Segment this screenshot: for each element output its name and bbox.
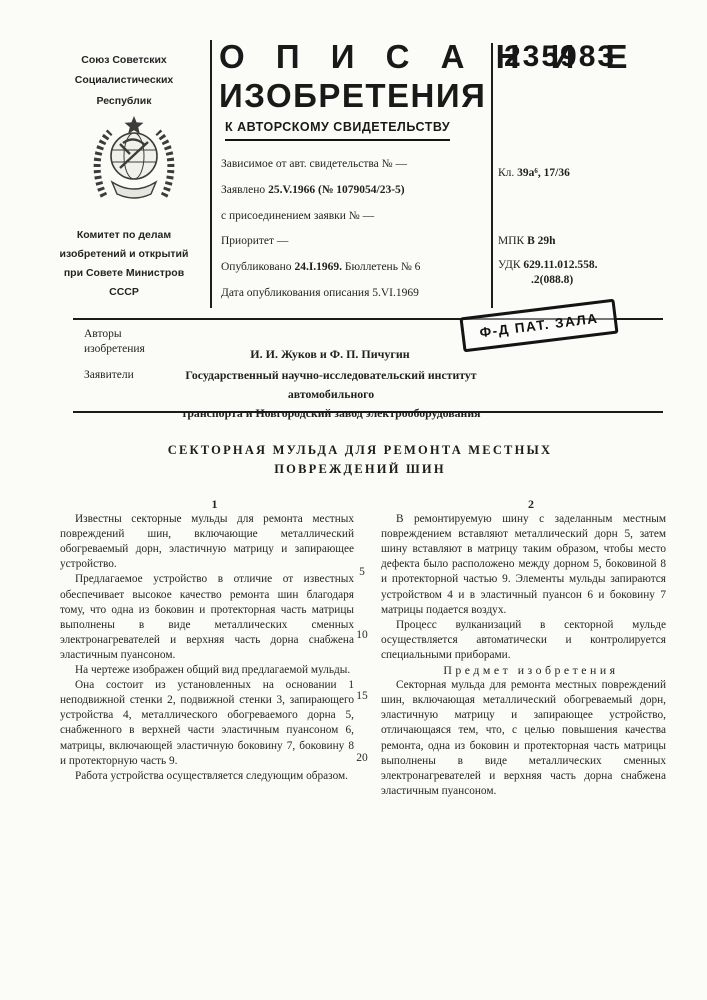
- union-name-line: Союз Советских: [38, 50, 210, 70]
- horizontal-rule: [73, 411, 663, 413]
- author-names: И. И. Жуков и Ф. П. Пичугин: [165, 347, 495, 362]
- body-column-left: 1 Известны секторные мульды для ремонта …: [60, 497, 354, 784]
- meta-row-publication-date: Дата опубликования описания 5.VI.1969: [221, 286, 487, 301]
- meta-row-dependent: Зависимое от авт. свидетельства № —: [221, 157, 487, 172]
- patent-number: 235983: [504, 40, 616, 74]
- committee-name-line: при Совете Министров: [30, 264, 218, 283]
- union-name-line: Республик: [38, 91, 210, 111]
- paragraph: Предлагаемое устройство в отличие от изв…: [60, 572, 354, 663]
- invention-title: СЕКТОРНАЯ МУЛЬДА ДЛЯ РЕМОНТА МЕСТНЫХ ПОВ…: [40, 441, 680, 480]
- patent-document-page: Союз Советских Социалистических Республи…: [0, 0, 707, 1000]
- udk-row-continued: .2(088.8): [531, 273, 678, 288]
- vertical-divider: [491, 43, 493, 308]
- line-number: 20: [350, 752, 374, 764]
- class-row: Кл. 39а⁶, 17/36: [498, 166, 678, 181]
- body-column-right: 2 В ремонтируемую шину с заделанным мест…: [381, 497, 666, 799]
- paragraph: Процесс вулканизаций в секторной мульде …: [381, 618, 666, 663]
- udk-row: УДК 629.11.012.558.: [498, 258, 678, 273]
- meta-row-published: Опубликовано 24.I.1969. Бюллетень № 6: [221, 260, 487, 275]
- paragraph: Она состоит из установленных на основани…: [60, 678, 354, 769]
- line-number: 10: [350, 629, 374, 641]
- authors-label: Авторы изобретения: [84, 327, 145, 357]
- meta-row-joined: с присоединением заявки № —: [221, 209, 487, 224]
- vertical-divider: [210, 40, 212, 308]
- committee-name-line: изобретений и открытий: [30, 245, 218, 264]
- paragraph: Работа устройства осуществляется следующ…: [60, 769, 354, 784]
- applicants-label: Заявители: [84, 368, 134, 383]
- committee-name-line: Комитет по делам: [30, 226, 218, 245]
- paragraph: На чертеже изображен общий вид предлагае…: [60, 663, 354, 678]
- paragraph: Секторная мульда для ремонта местных пов…: [381, 678, 666, 799]
- filing-metadata: Зависимое от авт. свидетельства № — Заяв…: [221, 157, 487, 312]
- meta-row-priority: Приоритет —: [221, 234, 487, 249]
- line-number: 5: [350, 566, 374, 578]
- paragraph: Известны секторные мульды для ремонта ме…: [60, 512, 354, 572]
- committee-name: Комитет по делам изобретений и открытий …: [30, 226, 218, 302]
- ussr-coat-of-arms-icon: [90, 110, 178, 218]
- document-title-line1: О П И С А Н И Е: [219, 38, 491, 76]
- union-name: Союз Советских Социалистических Республи…: [38, 50, 210, 111]
- column-number: 1: [60, 497, 354, 512]
- star-icon: [125, 116, 144, 134]
- column-number: 2: [381, 497, 666, 512]
- line-number: 15: [350, 690, 374, 702]
- union-name-line: Социалистических: [38, 70, 210, 90]
- document-title-line2: ИЗОБРЕТЕНИЯ: [219, 77, 491, 115]
- meta-row-filed: Заявлено 25.V.1966 (№ 1079054/23-5): [221, 183, 487, 198]
- paragraph: В ремонтируемую шину с заделанным местны…: [381, 512, 666, 618]
- applicant-names: Государственный научно-исследовательский…: [150, 366, 512, 423]
- classification-block: Кл. 39а⁶, 17/36 МПК В 29h УДК 629.11.012…: [498, 166, 678, 288]
- document-title-block: О П И С А Н И Е ИЗОБРЕТЕНИЯ К АВТОРСКОМУ…: [219, 38, 491, 141]
- committee-name-line: СССР: [30, 283, 218, 302]
- mpk-row: МПК В 29h: [498, 234, 678, 249]
- document-subtitle: К АВТОРСКОМУ СВИДЕТЕЛЬСТВУ: [225, 120, 450, 141]
- claims-section-heading: Предмет изобретения: [381, 663, 666, 678]
